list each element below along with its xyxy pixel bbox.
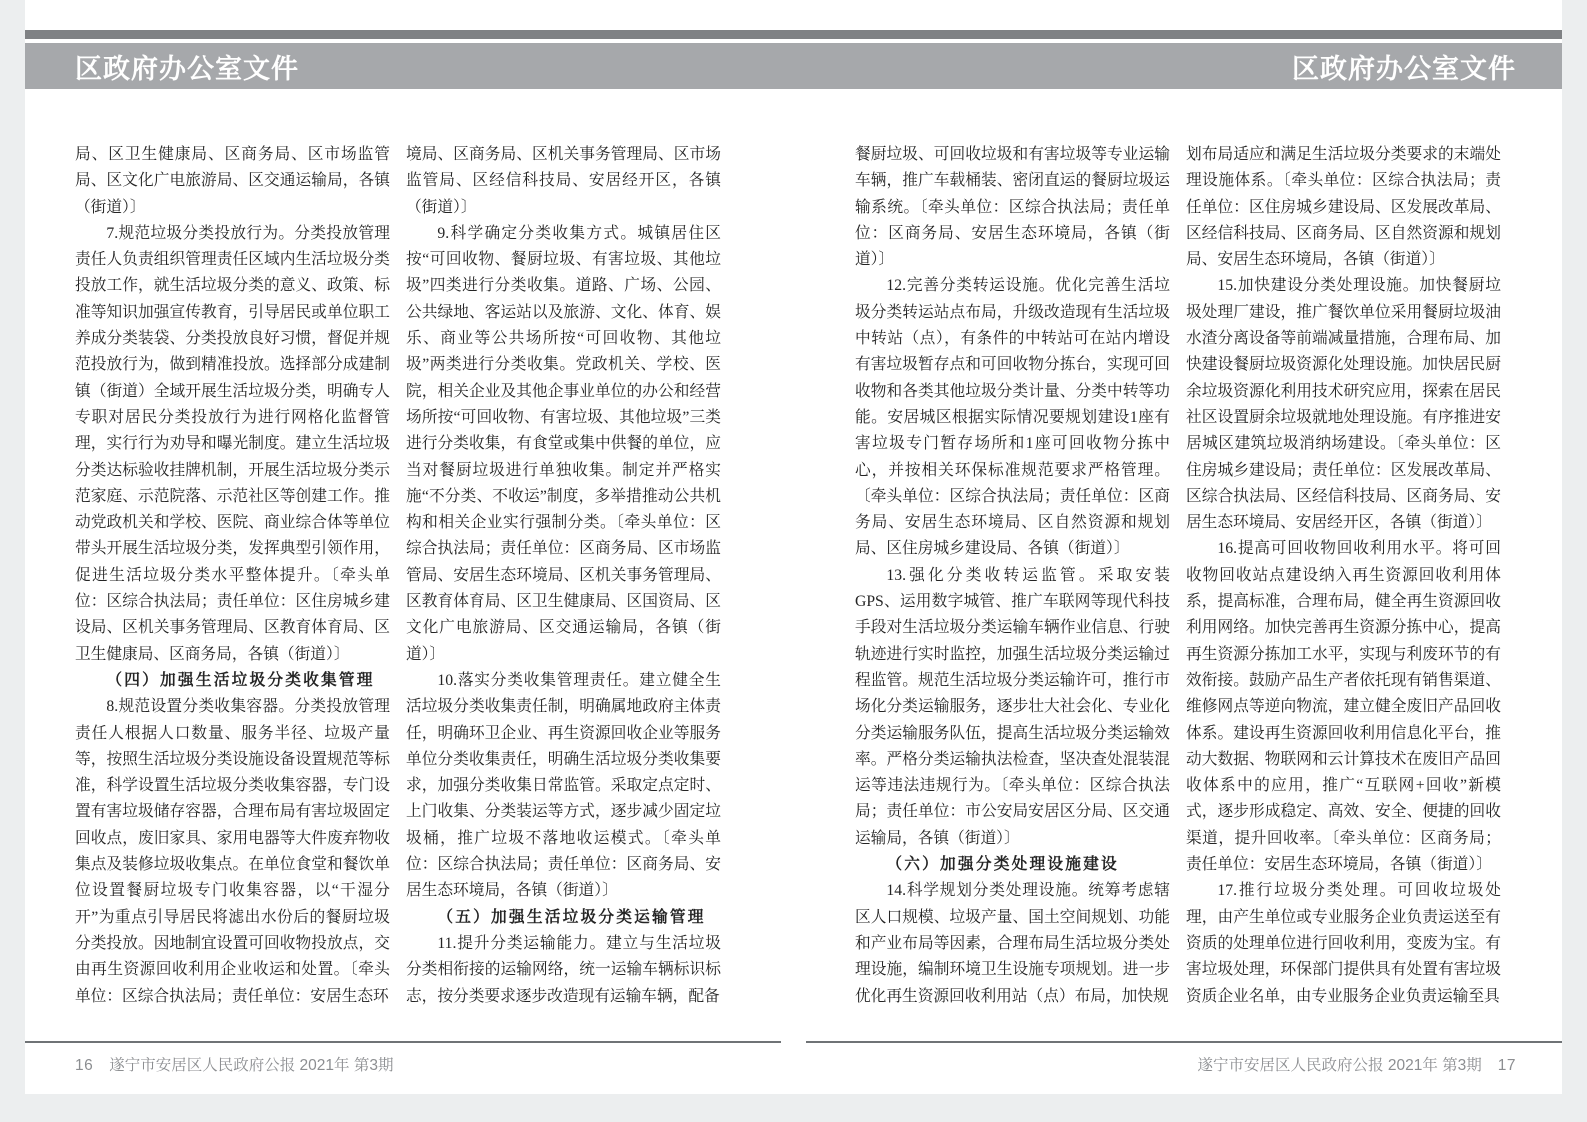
text-column-1: 局、区卫生健康局、区商务局、区市场监管局、区文化广电旅游局、区交通运输局，各镇（… bbox=[75, 142, 390, 1010]
page-number-left: 16 bbox=[75, 1057, 93, 1074]
section-heading: （五）加强生活垃圾分类运输管理 bbox=[406, 905, 721, 931]
scan-edge-left bbox=[0, 0, 25, 1122]
document-page-spread: 区政府办公室文件 区政府办公室文件 局、区卫生健康局、区商务局、区市场监管局、区… bbox=[0, 0, 1587, 1122]
body-paragraph: 13.强化分类收转运监管。采取安装GPS、运用数字城管、推广车联网等现代科技手段… bbox=[855, 563, 1170, 852]
body-paragraph: 12.完善分类转运设施。优化完善生活垃圾分类转运站点布局，升级改造现有生活垃圾中… bbox=[855, 273, 1170, 562]
body-paragraph: 11.提升分类运输能力。建立与生活垃圾分类相衔接的运输网络，统一运输车辆标识标志… bbox=[406, 931, 721, 1010]
header-title-right: 区政府办公室文件 bbox=[1292, 47, 1562, 86]
page-number-right: 17 bbox=[1498, 1057, 1516, 1074]
body-paragraph: 15.加快建设分类处理设施。加快餐厨垃圾处理厂建设，推广餐饮单位采用餐厨垃圾油水… bbox=[1186, 273, 1501, 536]
body-paragraph: 7.规范垃圾分类投放行为。分类投放管理责任人负责组织管理责任区域内生活垃圾分类投… bbox=[75, 221, 390, 668]
text-column-3: 餐厨垃圾、可回收垃圾和有害垃圾等专业运输车辆，推广车载桶装、密闭直运的餐厨垃圾运… bbox=[855, 142, 1170, 1010]
scan-edge-right bbox=[1562, 0, 1587, 1122]
top-accent-bar bbox=[25, 30, 1562, 39]
footer-right: 遂宁市安居区人民政府公报 2021年 第3期17 bbox=[806, 1041, 1562, 1081]
scan-edge-bottom bbox=[0, 1094, 1587, 1122]
header-title-left: 区政府办公室文件 bbox=[25, 47, 299, 86]
body-paragraph: 境局、区商务局、区机关事务管理局、区市场监管局、区经信科技局、安居经开区，各镇（… bbox=[406, 142, 721, 221]
publication-title-left: 遂宁市安居区人民政府公报 2021年 第3期 bbox=[109, 1057, 393, 1074]
text-column-2: 境局、区商务局、区机关事务管理局、区市场监管局、区经信科技局、安居经开区，各镇（… bbox=[406, 142, 721, 1010]
body-paragraph: 8.规范设置分类收集容器。分类投放管理责任人根据人口数量、服务半径、垃圾产量等，… bbox=[75, 694, 390, 1010]
body-paragraph: 16.提高可回收物回收利用水平。将可回收物回收站点建设纳入再生资源回收利用体系，… bbox=[1186, 536, 1501, 878]
body-paragraph: 10.落实分类收集管理责任。建立健全生活垃圾分类收集责任制，明确属地政府主体责任… bbox=[406, 668, 721, 905]
text-column-4: 划布局适应和满足生活垃圾分类要求的末端处理设施体系。〔牵头单位：区综合执法局；责… bbox=[1186, 142, 1501, 1010]
body-paragraph: 餐厨垃圾、可回收垃圾和有害垃圾等专业运输车辆，推广车载桶装、密闭直运的餐厨垃圾运… bbox=[855, 142, 1170, 273]
body-paragraph: 14.科学规划分类处理设施。统筹考虑辖区人口规模、垃圾产量、国土空间规划、功能和… bbox=[855, 878, 1170, 1009]
body-paragraph: 划布局适应和满足生活垃圾分类要求的末端处理设施体系。〔牵头单位：区综合执法局；责… bbox=[1186, 142, 1501, 273]
section-heading: （六）加强分类处理设施建设 bbox=[855, 852, 1170, 878]
body-paragraph: 9.科学确定分类收集方式。城镇居住区按“可回收物、餐厨垃圾、有害垃圾、其他垃圾”… bbox=[406, 221, 721, 668]
body-paragraph: 局、区卫生健康局、区商务局、区市场监管局、区文化广电旅游局、区交通运输局，各镇（… bbox=[75, 142, 390, 221]
footer-left: 16遂宁市安居区人民政府公报 2021年 第3期 bbox=[25, 1041, 781, 1081]
header-bar: 区政府办公室文件 区政府办公室文件 bbox=[25, 43, 1562, 89]
publication-title-right: 遂宁市安居区人民政府公报 2021年 第3期 bbox=[1198, 1057, 1482, 1074]
section-heading: （四）加强生活垃圾分类收集管理 bbox=[75, 668, 390, 694]
body-paragraph: 17.推行垃圾分类处理。可回收垃圾处理，由产生单位或专业服务企业负责运送至有资质… bbox=[1186, 878, 1501, 1009]
